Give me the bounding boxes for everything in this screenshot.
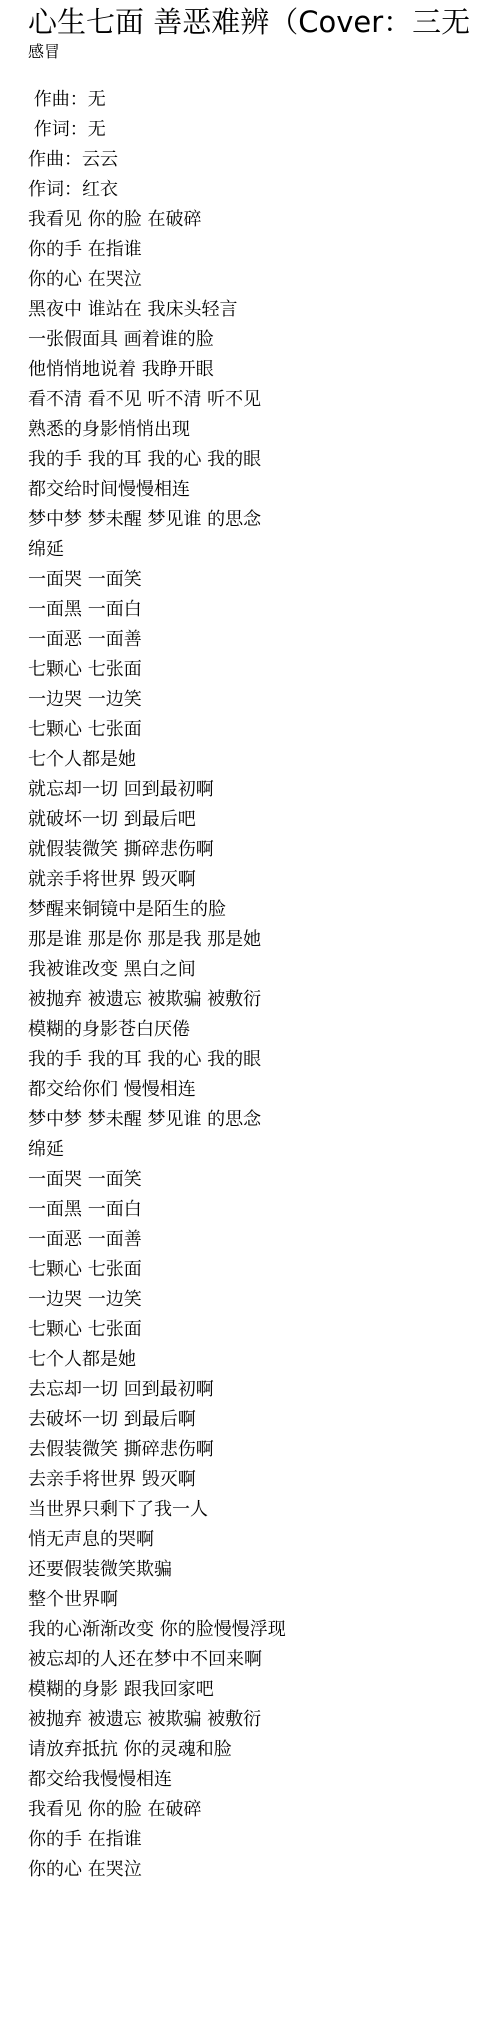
lyric-line: 一面黑 一面白 bbox=[28, 595, 500, 625]
lyric-line: 都交给我慢慢相连 bbox=[28, 1765, 500, 1795]
lyric-line: 一面哭 一面笑 bbox=[28, 1165, 500, 1195]
lyric-line: 梦醒来铜镜中是陌生的脸 bbox=[28, 895, 500, 925]
lyric-line: 去忘却一切 回到最初啊 bbox=[28, 1375, 500, 1405]
lyric-line: 一边哭 一边笑 bbox=[28, 685, 500, 715]
lyric-line: 悄无声息的哭啊 bbox=[28, 1525, 500, 1555]
lyrics-list: 作曲：无 作词：无作曲：云云作词：红衣我看见 你的脸 在破碎你的手 在指谁你的心… bbox=[28, 85, 500, 1885]
lyric-line: 去亲手将世界 毁灭啊 bbox=[28, 1465, 500, 1495]
lyric-line: 看不清 看不见 听不清 听不见 bbox=[28, 385, 500, 415]
lyric-line: 都交给你们 慢慢相连 bbox=[28, 1075, 500, 1105]
lyric-line: 就破坏一切 到最后吧 bbox=[28, 805, 500, 835]
lyric-line: 一张假面具 画着谁的脸 bbox=[28, 325, 500, 355]
lyric-line: 都交给时间慢慢相连 bbox=[28, 475, 500, 505]
lyric-line: 七颗心 七张面 bbox=[28, 1315, 500, 1345]
lyric-line: 一面黑 一面白 bbox=[28, 1195, 500, 1225]
lyric-line: 当世界只剩下了我一人 bbox=[28, 1495, 500, 1525]
lyric-line: 请放弃抵抗 你的灵魂和脸 bbox=[28, 1735, 500, 1765]
lyrics-page: 心生七面 善恶难辨（Cover：三无 感冒 作曲：无 作词：无作曲：云云作词：红… bbox=[0, 0, 500, 1885]
lyric-line: 绵延 bbox=[28, 1135, 500, 1165]
lyric-line: 黑夜中 谁站在 我床头轻言 bbox=[28, 295, 500, 325]
lyric-line: 七颗心 七张面 bbox=[28, 655, 500, 685]
lyric-line: 我看见 你的脸 在破碎 bbox=[28, 205, 500, 235]
lyric-line: 一边哭 一边笑 bbox=[28, 1285, 500, 1315]
lyric-line: 作曲：无 bbox=[28, 85, 500, 115]
lyric-line: 七个人都是她 bbox=[28, 745, 500, 775]
lyric-line: 熟悉的身影悄悄出现 bbox=[28, 415, 500, 445]
lyric-line: 你的手 在指谁 bbox=[28, 1825, 500, 1855]
lyric-line: 模糊的身影 跟我回家吧 bbox=[28, 1675, 500, 1705]
lyric-line: 你的心 在哭泣 bbox=[28, 265, 500, 295]
lyric-line: 就假装微笑 撕碎悲伤啊 bbox=[28, 835, 500, 865]
lyric-line: 七颗心 七张面 bbox=[28, 1255, 500, 1285]
lyric-line: 我的心渐渐改变 你的脸慢慢浮现 bbox=[28, 1615, 500, 1645]
lyric-line: 作词：无 bbox=[28, 115, 500, 145]
lyric-line: 整个世界啊 bbox=[28, 1585, 500, 1615]
artist-name: 感冒 bbox=[28, 42, 500, 62]
lyric-line: 一面哭 一面笑 bbox=[28, 565, 500, 595]
lyric-line: 你的心 在哭泣 bbox=[28, 1855, 500, 1885]
lyric-line: 作词：红衣 bbox=[28, 175, 500, 205]
lyric-line: 被抛弃 被遗忘 被欺骗 被敷衍 bbox=[28, 1705, 500, 1735]
lyric-line: 还要假装微笑欺骗 bbox=[28, 1555, 500, 1585]
lyric-line: 七个人都是她 bbox=[28, 1345, 500, 1375]
lyric-line: 我的手 我的耳 我的心 我的眼 bbox=[28, 445, 500, 475]
lyric-line: 我被谁改变 黑白之间 bbox=[28, 955, 500, 985]
lyric-line: 我的手 我的耳 我的心 我的眼 bbox=[28, 1045, 500, 1075]
lyric-line: 去破坏一切 到最后啊 bbox=[28, 1405, 500, 1435]
lyric-line: 七颗心 七张面 bbox=[28, 715, 500, 745]
lyric-line: 那是谁 那是你 那是我 那是她 bbox=[28, 925, 500, 955]
lyric-line: 被忘却的人还在梦中不回来啊 bbox=[28, 1645, 500, 1675]
lyric-line: 梦中梦 梦未醒 梦见谁 的思念 bbox=[28, 505, 500, 535]
lyric-line: 我看见 你的脸 在破碎 bbox=[28, 1795, 500, 1825]
lyric-line: 他悄悄地说着 我睁开眼 bbox=[28, 355, 500, 385]
lyric-line: 你的手 在指谁 bbox=[28, 235, 500, 265]
lyric-line: 一面恶 一面善 bbox=[28, 625, 500, 655]
lyric-line: 模糊的身影苍白厌倦 bbox=[28, 1015, 500, 1045]
lyric-line: 就亲手将世界 毁灭啊 bbox=[28, 865, 500, 895]
lyric-line: 梦中梦 梦未醒 梦见谁 的思念 bbox=[28, 1105, 500, 1135]
song-title: 心生七面 善恶难辨（Cover：三无 bbox=[28, 2, 500, 42]
lyric-line: 去假装微笑 撕碎悲伤啊 bbox=[28, 1435, 500, 1465]
lyric-line: 就忘却一切 回到最初啊 bbox=[28, 775, 500, 805]
lyric-line: 被抛弃 被遗忘 被欺骗 被敷衍 bbox=[28, 985, 500, 1015]
lyric-line: 一面恶 一面善 bbox=[28, 1225, 500, 1255]
lyric-line: 作曲：云云 bbox=[28, 145, 500, 175]
lyric-line: 绵延 bbox=[28, 535, 500, 565]
